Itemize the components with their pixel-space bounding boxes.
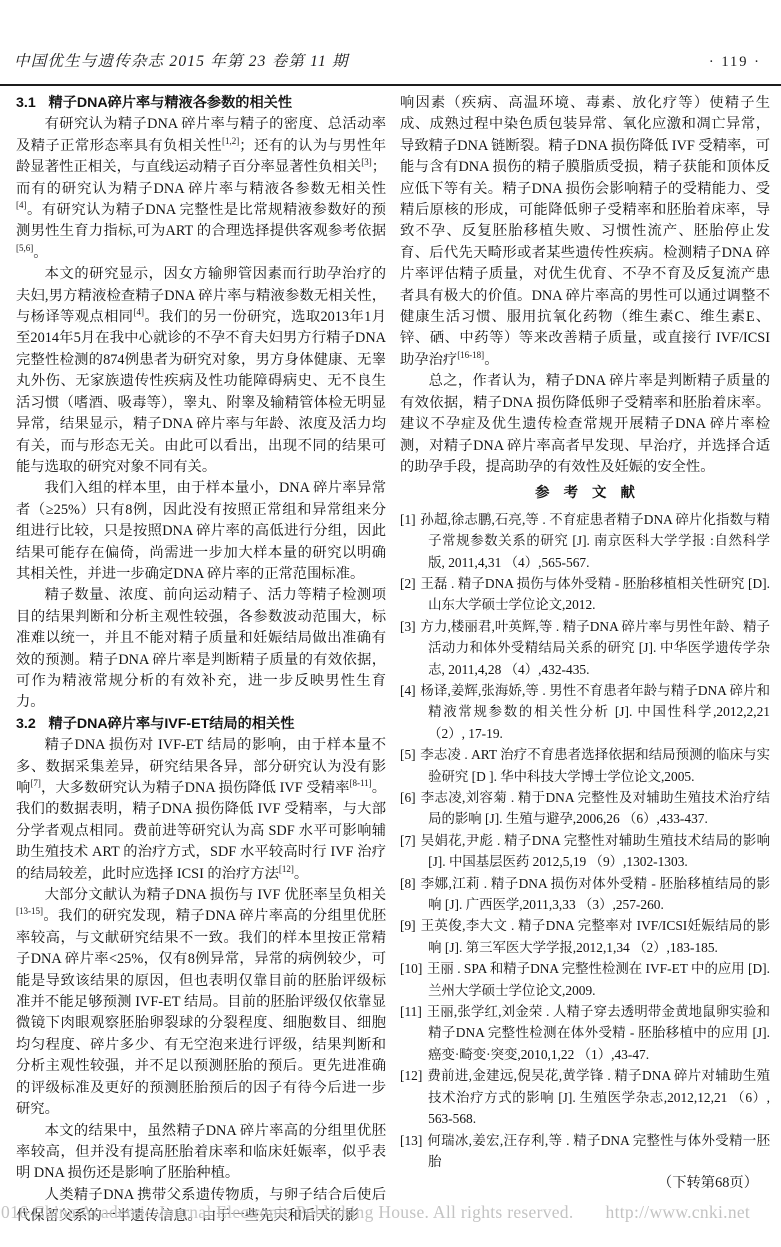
reference-label: [6] xyxy=(400,790,416,805)
reference-label: [1] xyxy=(400,512,416,527)
citation-superscript: [4] xyxy=(133,307,144,317)
reference-item: [8]李娜,江莉 . 精子DNA 损伤对体外受精 - 胚胎移植结局的影响 [J]… xyxy=(400,873,770,916)
paragraph: 我们入组的样本里，由于样本量小，DNA 碎片率异常者（≥25%）只有8例，因此没… xyxy=(16,478,386,585)
reference-label: [7] xyxy=(400,833,416,848)
reference-text: 孙超,徐志鹏,石亮,等 . 不育症患者精子DNA 碎片化指数与精子常规参数关系的… xyxy=(420,512,770,570)
paragraph: 本文的结果中，虽然精子DNA 碎片率高的分组里优胚率较高，但并没有提高胚胎着床率… xyxy=(16,1121,386,1185)
citation-superscript: [8-11] xyxy=(349,778,371,788)
reference-label: [10] xyxy=(400,961,422,976)
paragraph: 精子数量、浓度、前向运动精子、活力等精子检测项目的结果判断和分析主观性较强，各参… xyxy=(16,585,386,713)
reference-label: [11] xyxy=(400,1004,422,1019)
reference-item: [9]王英俊,李大文 . 精子DNA 完整率对 IVF/ICSI妊娠结局的影响 … xyxy=(400,915,770,958)
reference-text: 王丽,张学红,刘金荣 . 人精子穿去透明带金黄地鼠卵实验和精子DNA 完整性检测… xyxy=(427,1004,771,1062)
reference-text: 王英俊,李大文 . 精子DNA 完整率对 IVF/ICSI妊娠结局的影响 [J]… xyxy=(420,918,770,954)
paragraph: 有研究认为精子DNA 碎片率与精子的密度、总活动率及精子正常形态率具有负相关性[… xyxy=(16,114,386,264)
journal-page: 中国优生与遗传杂志 2015 年第 23 卷第 11 期 · 119 · 3.1… xyxy=(0,0,781,1247)
watermark-footer: 2016 China Academic Journal Electronic P… xyxy=(0,1202,750,1223)
reference-label: [3] xyxy=(400,619,416,634)
reference-item: [6]李志凌,刘容菊 . 精于DNA 完整性及对辅助生殖技术治疗结局的影响 [J… xyxy=(400,787,770,830)
references-heading: 参 考 文 献 xyxy=(400,483,770,504)
reference-text: 李志凌 . ART 治疗不育患者选择依据和结局预测的临床与实验研究 [D ]. … xyxy=(420,747,770,783)
reference-item: [1]孙超,徐志鹏,石亮,等 . 不育症患者精子DNA 碎片化指数与精子常规参数… xyxy=(400,509,770,573)
right-column: 响因素（疾病、高温环境、毒素、放化疗等）使精子生成、成熟过程中染色质包装异常、氧… xyxy=(400,93,770,1228)
citation-superscript: [5,6] xyxy=(16,243,33,253)
reference-label: [12] xyxy=(400,1068,422,1083)
citation-superscript: [7] xyxy=(30,778,41,788)
reference-label: [2] xyxy=(400,576,416,591)
article-body: 3.1精子DNA碎片率与精液各参数的相关性有研究认为精子DNA 碎片率与精子的密… xyxy=(0,86,781,1228)
continuation-note: （下转第68页） xyxy=(400,1173,770,1194)
left-column: 3.1精子DNA碎片率与精液各参数的相关性有研究认为精子DNA 碎片率与精子的密… xyxy=(16,93,386,1228)
section-number: 3.2 xyxy=(16,716,36,732)
reference-text: 李娜,江莉 . 精子DNA 损伤对体外受精 - 胚胎移植结局的影响 [J]. 广… xyxy=(420,876,770,912)
reference-label: [4] xyxy=(400,683,416,698)
reference-text: 费前进,金建远,倪吴花,黄学锋 . 精子DNA 碎片对辅助生殖技术治疗方式的影响… xyxy=(427,1068,770,1126)
reference-text: 李志凌,刘容菊 . 精于DNA 完整性及对辅助生殖技术治疗结局的影响 [J]. … xyxy=(420,790,770,826)
section-title: 精子DNA碎片率与精液各参数的相关性 xyxy=(49,95,293,111)
citation-superscript: [4] xyxy=(16,200,27,210)
watermark-url: http://www.cnki.net xyxy=(606,1202,751,1222)
citation-superscript: [3] xyxy=(361,157,372,167)
reference-text: 何瑞冰,姜宏,汪存利,等 . 精子DNA 完整性与体外受精一胚胎 xyxy=(427,1133,770,1169)
citation-superscript: [1,2] xyxy=(222,136,239,146)
reference-label: [9] xyxy=(400,918,416,933)
reference-item: [10]王丽 . SPA 和精子DNA 完整性检测在 IVF-ET 中的应用 [… xyxy=(400,958,770,1001)
paragraph: 总之，作者认为，精子DNA 碎片率是判断精子质量的有效依据，精子DNA 损伤降低… xyxy=(400,371,770,478)
citation-superscript: [12] xyxy=(279,864,294,874)
reference-text: 方力,楼丽君,叶英辉,等 . 精子DNA 碎片率与男性年龄、精子活动力和体外受精… xyxy=(420,619,770,677)
reference-text: 吴娟花,尹彪 . 精子DNA 完整性对辅助生殖技术结局的影响 [J]. 中国基层… xyxy=(420,833,770,869)
citation-superscript: [13-15] xyxy=(16,907,43,917)
reference-label: [5] xyxy=(400,747,416,762)
watermark-text: 2016 China Academic Journal Electronic P… xyxy=(0,1202,574,1222)
reference-item: [7]吴娟花,尹彪 . 精子DNA 完整性对辅助生殖技术结局的影响 [J]. 中… xyxy=(400,830,770,873)
paragraph: 响因素（疾病、高温环境、毒素、放化疗等）使精子生成、成熟过程中染色质包装异常、氧… xyxy=(400,93,770,371)
paragraph: 大部分文献认为精子DNA 损伤与 IVF 优胚率呈负相关[13-15]。我们的研… xyxy=(16,885,386,1120)
reference-item: [2]王磊 . 精子DNA 损伤与体外受精 - 胚胎移植相关性研究 [D]. 山… xyxy=(400,573,770,616)
reference-item: [11]王丽,张学红,刘金荣 . 人精子穿去透明带金黄地鼠卵实验和精子DNA 完… xyxy=(400,1001,770,1065)
reference-item: [12]费前进,金建远,倪吴花,黄学锋 . 精子DNA 碎片对辅助生殖技术治疗方… xyxy=(400,1065,770,1129)
page-header: 中国优生与遗传杂志 2015 年第 23 卷第 11 期 · 119 · xyxy=(0,0,781,84)
reference-label: [8] xyxy=(400,876,416,891)
reference-text: 杨译,姜辉,张海娇,等 . 男性不育患者年龄与精子DNA 碎片和精液常规参数的相… xyxy=(420,683,770,741)
reference-label: [13] xyxy=(400,1133,422,1148)
reference-item: [5]李志凌 . ART 治疗不育患者选择依据和结局预测的临床与实验研究 [D … xyxy=(400,744,770,787)
section-title: 精子DNA碎片率与IVF-ET结局的相关性 xyxy=(49,716,295,732)
reference-item: [3]方力,楼丽君,叶英辉,等 . 精子DNA 碎片率与男性年龄、精子活动力和体… xyxy=(400,616,770,680)
reference-item: [4]杨译,姜辉,张海娇,等 . 男性不育患者年龄与精子DNA 碎片和精液常规参… xyxy=(400,680,770,744)
journal-title: 中国优生与遗传杂志 2015 年第 23 卷第 11 期 xyxy=(14,49,349,71)
page-number: · 119 · xyxy=(709,54,761,71)
reference-text: 王磊 . 精子DNA 损伤与体外受精 - 胚胎移植相关性研究 [D]. 山东大学… xyxy=(420,576,770,612)
section-heading: 3.2精子DNA碎片率与IVF-ET结局的相关性 xyxy=(16,714,386,735)
citation-superscript: [16-18] xyxy=(457,350,484,360)
reference-item: [13]何瑞冰,姜宏,汪存利,等 . 精子DNA 完整性与体外受精一胚胎 xyxy=(400,1130,770,1173)
paragraph: 精子DNA 损伤对 IVF-ET 结局的影响，由于样本量不多、数据采集差异，研究… xyxy=(16,735,386,885)
reference-text: 王丽 . SPA 和精子DNA 完整性检测在 IVF-ET 中的应用 [D]. … xyxy=(427,961,770,997)
section-number: 3.1 xyxy=(16,95,36,111)
section-heading: 3.1精子DNA碎片率与精液各参数的相关性 xyxy=(16,93,386,114)
paragraph: 本文的研究显示，因女方输卵管因素而行助孕治疗的夫妇,男方精液检查精子DNA 碎片… xyxy=(16,264,386,478)
